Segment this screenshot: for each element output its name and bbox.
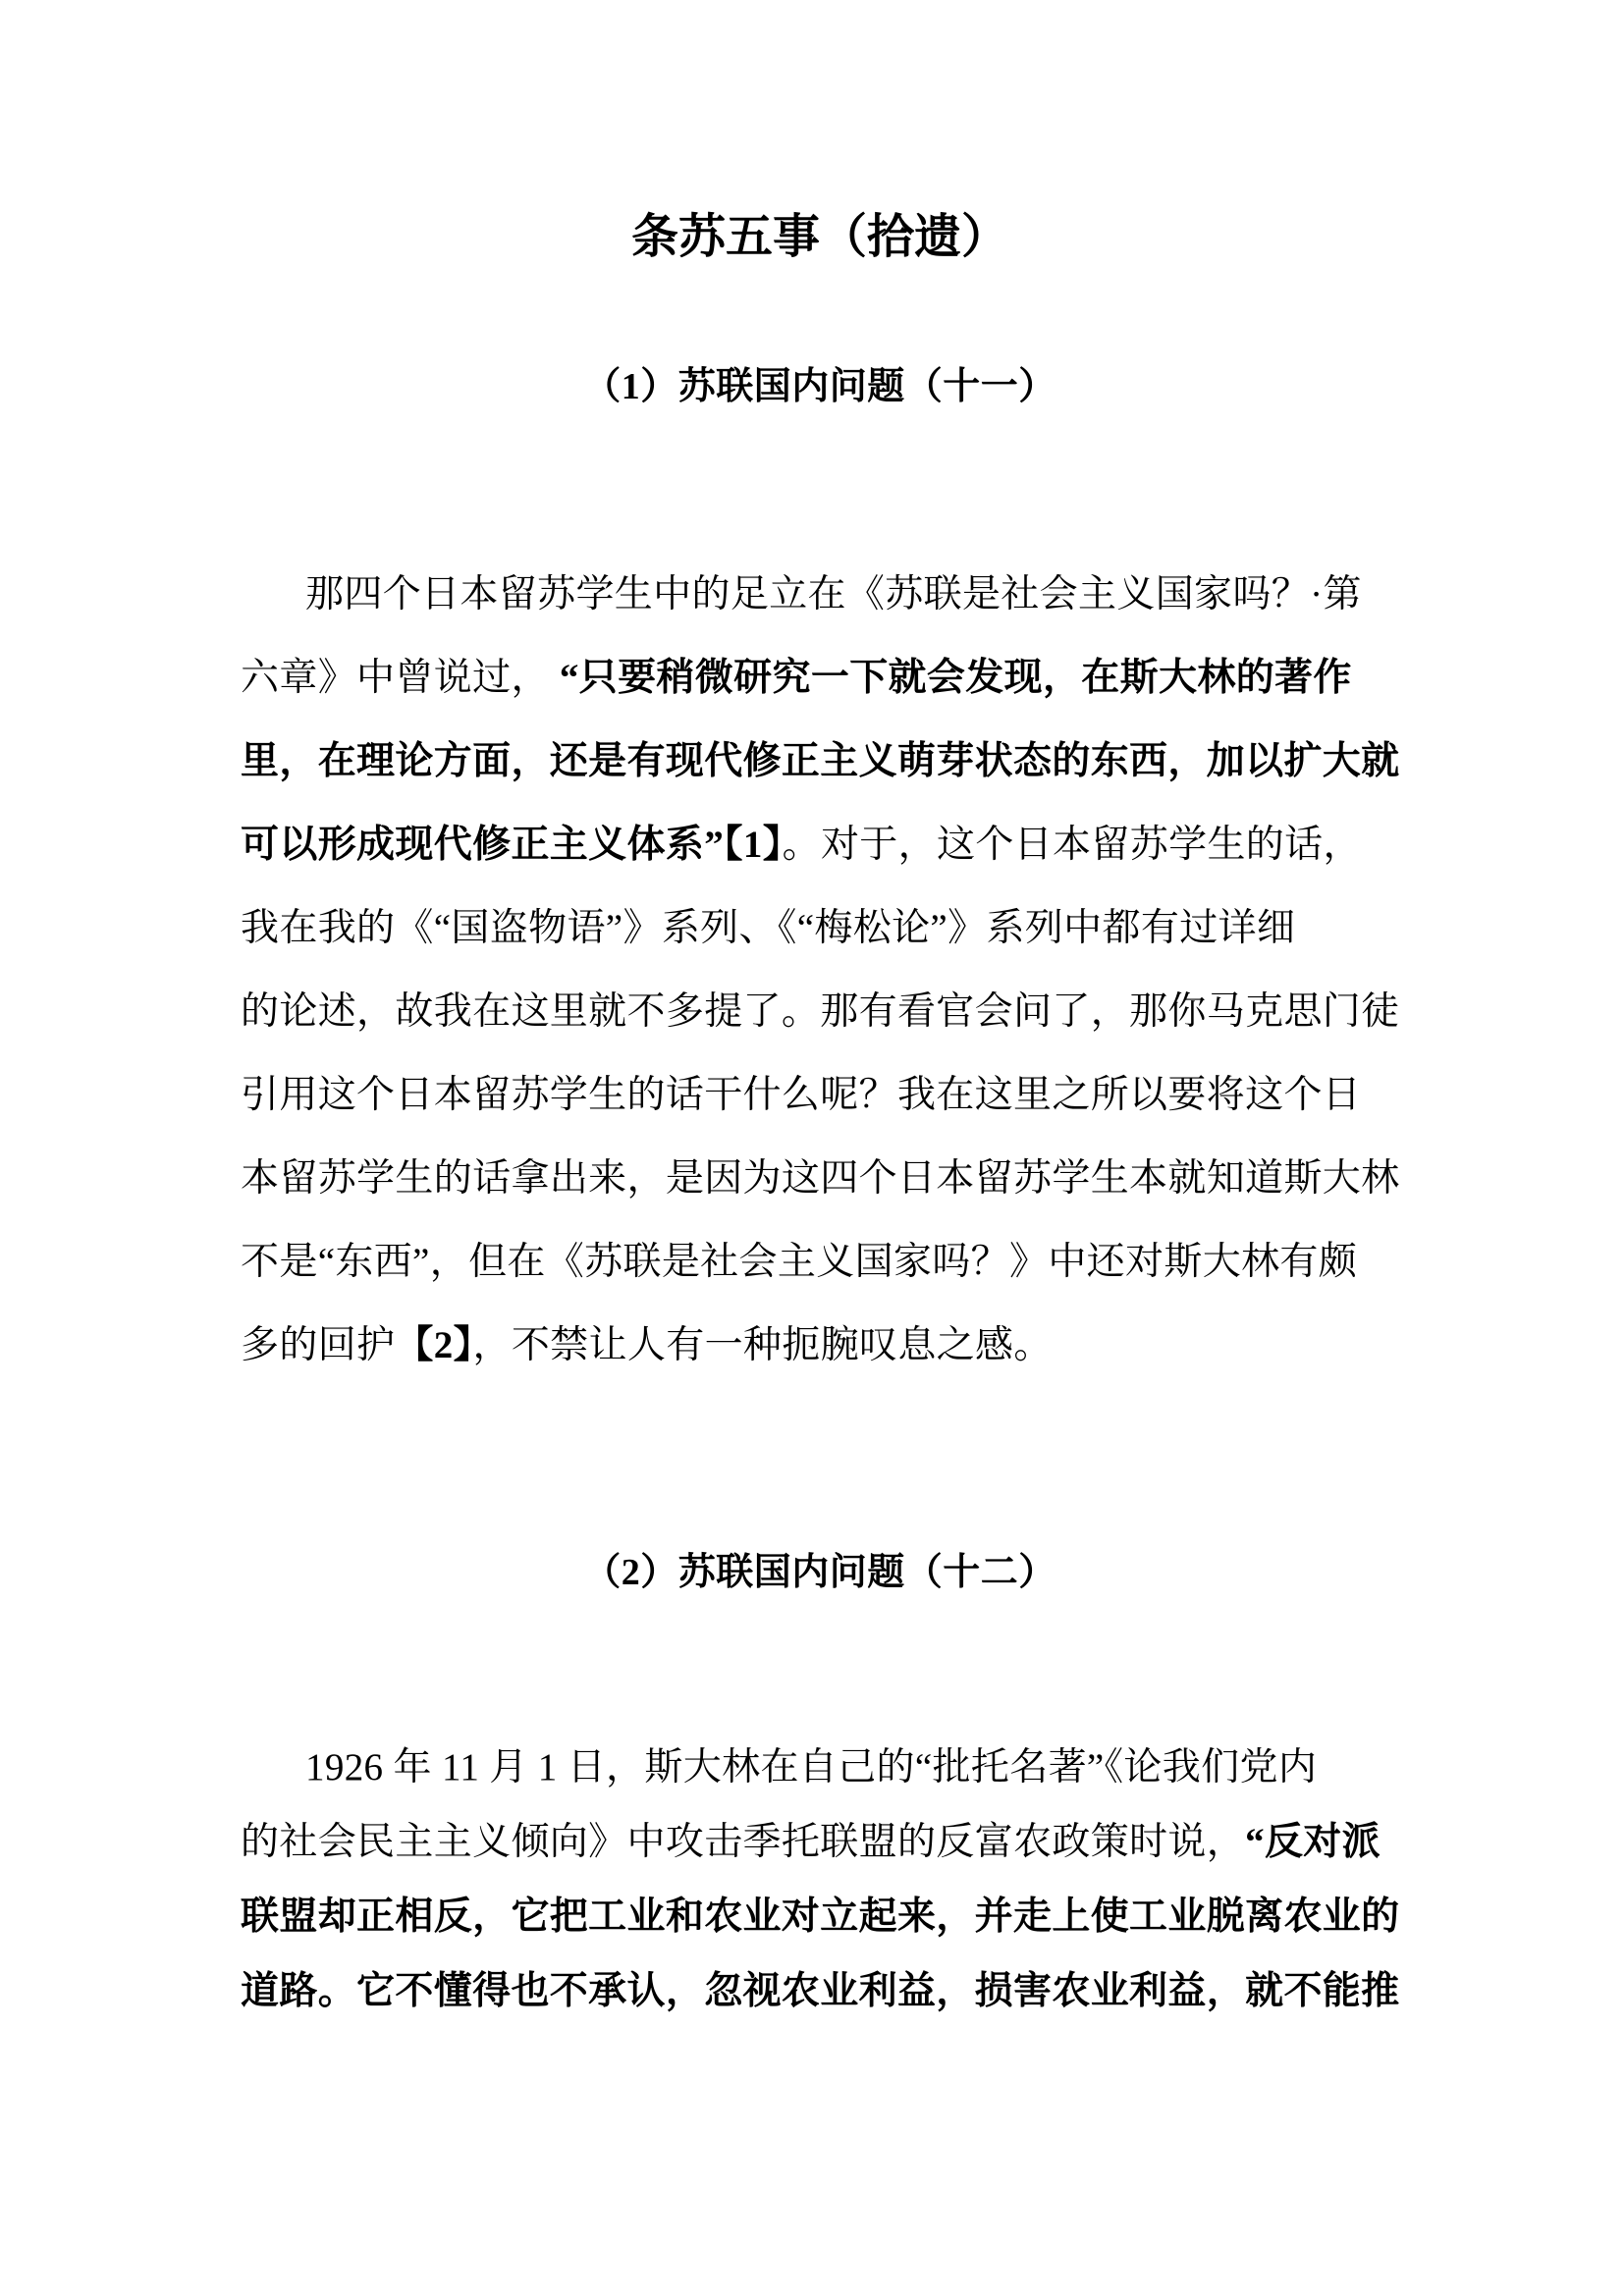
section-2-paragraph: 1926 年 11 月 1 日，斯大林在自己的“批托名著”《论我们党内的社会民主… — [241, 1731, 1399, 2029]
bold-text-segment: 可以形成现代修正主义体系”【1】 — [241, 824, 783, 866]
text-line: 多的回护【2】，不禁让人有一种扼腕叹息之感。 — [241, 1304, 1399, 1387]
text-line: 道路。它不懂得也不承认，忽视农业利益，损害农业利益，就不能推 — [241, 1954, 1399, 2029]
text-line: 的社会民主主义倾向》中攻击季托联盟的反富农政策时说，“反对派 — [241, 1805, 1399, 1880]
text-segment: 。对于，这个日本留苏学生的话， — [783, 824, 1362, 866]
bold-text-segment: 里，在理论方面，还是有现代修正主义萌芽状态的东西，加以扩大就 — [241, 740, 1400, 782]
section-1: （1）苏联国内问题（十一） 那四个日本留苏学生中的足立在《苏联是社会主义国家吗？… — [241, 368, 1399, 1387]
text-segment: 那四个日本留苏学生中的足立在《苏联是社会主义国家吗？·第 — [305, 573, 1362, 615]
text-line: 我在我的《“国盗物语”》系列、《“梅松论”》系列中都有过详细 — [241, 886, 1399, 970]
text-line: 引用这个日本留苏学生的话干什么呢？我在这里之所以要将这个日 — [241, 1053, 1399, 1137]
text-line: 联盟却正相反，它把工业和农业对立起来，并走上使工业脱离农业的 — [241, 1880, 1399, 1954]
section-2: （2）苏联国内问题（十二） 1926 年 11 月 1 日，斯大林在自己的“批托… — [241, 1554, 1399, 2029]
document-page: 条苏五事（拾遗） （1）苏联国内问题（十一） 那四个日本留苏学生中的足立在《苏联… — [0, 0, 1624, 2296]
section-1-paragraph: 那四个日本留苏学生中的足立在《苏联是社会主义国家吗？·第六章》中曾说过， “只要… — [241, 553, 1399, 1387]
text-segment: 的论述，故我在这里就不多提了。那有看官会问了，那你马克思门徒 — [241, 990, 1400, 1033]
text-segment: 引用这个日本留苏学生的话干什么呢？我在这里之所以要将这个日 — [241, 1074, 1361, 1116]
text-segment: 不是“东西”，但在《苏联是社会主义国家吗？》中还对斯大林有颇 — [241, 1241, 1357, 1283]
text-line: 不是“东西”，但在《苏联是社会主义国家吗？》中还对斯大林有颇 — [241, 1220, 1399, 1304]
text-line: 的论述，故我在这里就不多提了。那有看官会问了，那你马克思门徒 — [241, 970, 1399, 1053]
text-segment: 本留苏学生的话拿出来，是因为这四个日本留苏学生本就知道斯大林 — [241, 1157, 1400, 1200]
text-line: 本留苏学生的话拿出来，是因为这四个日本留苏学生本就知道斯大林 — [241, 1137, 1399, 1220]
text-line: 1926 年 11 月 1 日，斯大林在自己的“批托名著”《论我们党内 — [241, 1731, 1399, 1805]
text-segment: 多的回护 — [241, 1324, 395, 1366]
text-segment: ，不禁让人有一种扼腕叹息之感。 — [472, 1324, 1052, 1366]
text-segment: 我在我的《“国盗物语”》系列、《“梅松论”》系列中都有过详细 — [241, 907, 1295, 949]
text-line: 里，在理论方面，还是有现代修正主义萌芽状态的东西，加以扩大就 — [241, 720, 1399, 803]
text-segment: 的社会民主主义倾向》中攻击季托联盟的反富农政策时说， — [241, 1821, 1245, 1863]
document-title: 条苏五事（拾遗） — [241, 214, 1399, 261]
section-2-heading: （2）苏联国内问题（十二） — [241, 1554, 1399, 1591]
section-1-heading: （1）苏联国内问题（十一） — [241, 368, 1399, 405]
text-line: 那四个日本留苏学生中的足立在《苏联是社会主义国家吗？·第 — [241, 553, 1399, 636]
text-segment: 六章》中曾说过， — [241, 657, 560, 699]
text-line: 六章》中曾说过， “只要稍微研究一下就会发现，在斯大林的著作 — [241, 636, 1399, 720]
bold-text-segment: “只要稍微研究一下就会发现，在斯大林的著作 — [560, 657, 1352, 699]
bold-text-segment: 联盟却正相反，它把工业和农业对立起来，并走上使工业脱离农业的 — [241, 1896, 1400, 1938]
text-segment: 1926 年 11 月 1 日，斯大林在自己的“批托名著”《论我们党内 — [305, 1746, 1317, 1789]
bold-text-segment: 道路。它不懂得也不承认，忽视农业利益，损害农业利益，就不能推 — [241, 1970, 1400, 2012]
text-line: 可以形成现代修正主义体系”【1】。对于，这个日本留苏学生的话， — [241, 803, 1399, 886]
bold-text-segment: 【2】 — [395, 1324, 472, 1366]
bold-text-segment: “反对派 — [1245, 1821, 1380, 1863]
